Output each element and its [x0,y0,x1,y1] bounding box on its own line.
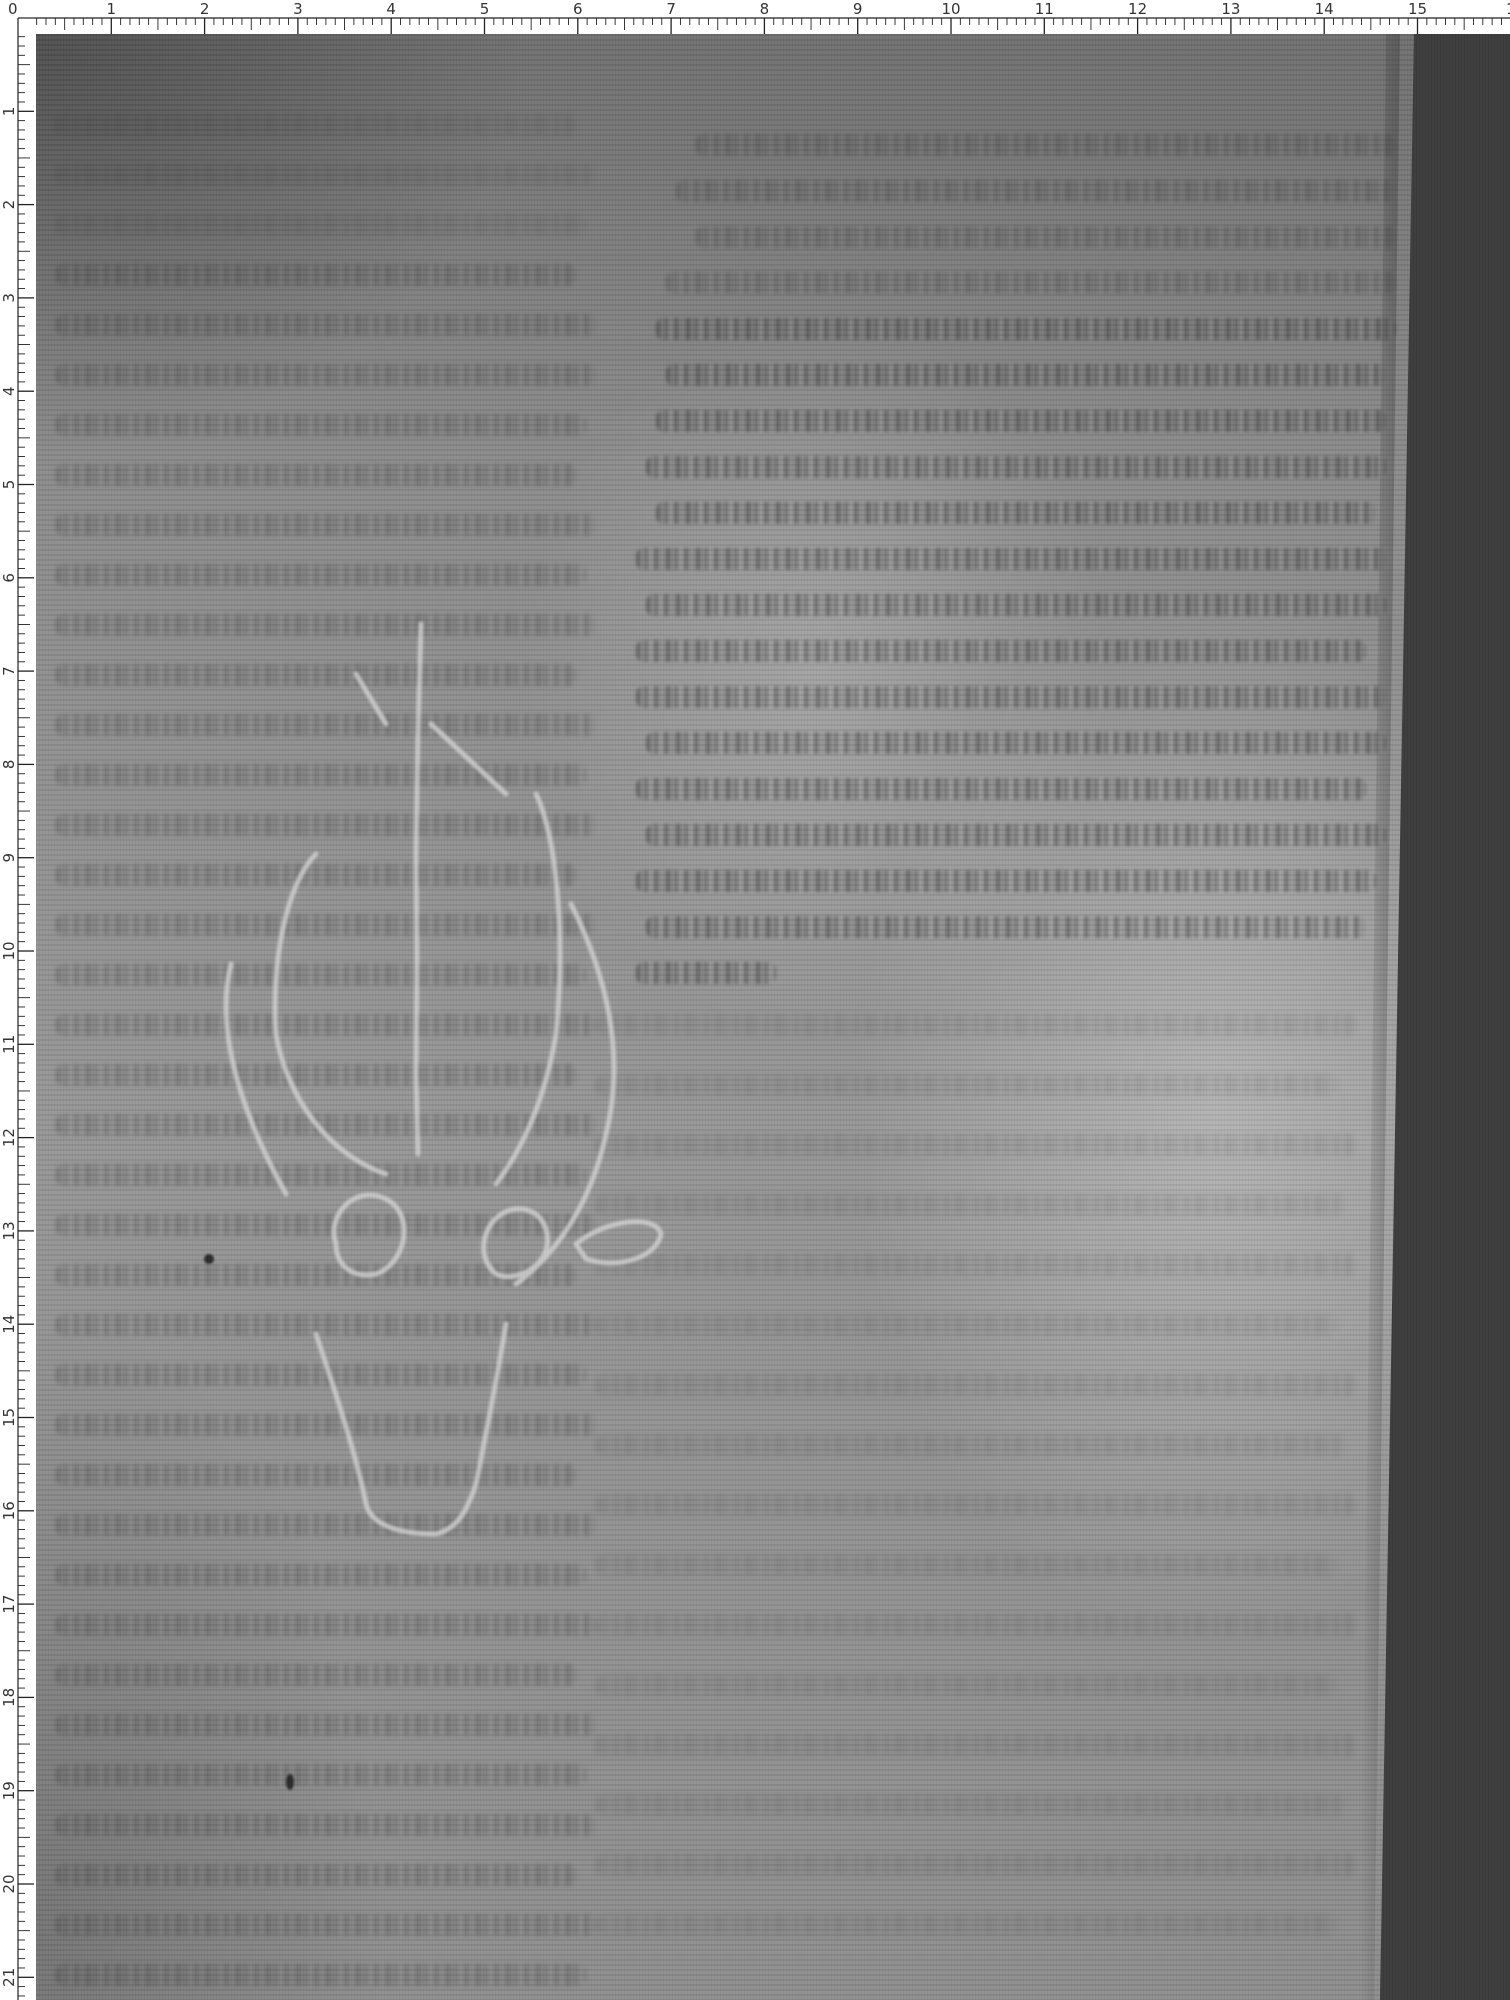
ruler-label: 4 [386,0,396,18]
text-line [636,686,1386,708]
text-line [696,134,1396,156]
text-line [56,1014,596,1036]
horizontal-ruler-ticks: 1234567891011121314151 [0,0,1510,34]
ruler-label: 20 [0,1874,18,1893]
text-line [56,1364,586,1386]
text-line [596,1074,1336,1096]
ruler-label: 9 [0,853,18,863]
text-line [646,732,1386,754]
text-line [666,272,1396,294]
text-line [646,594,1386,616]
ruler-label: 21 [0,1968,18,1987]
text-line [56,1414,596,1436]
text-line [596,1794,1346,1816]
text-line [56,214,586,236]
ruler-corner-lines: 0 [0,0,34,34]
text-line [596,1674,1336,1696]
ruler-label: 19 [0,1781,18,1800]
ruler-label: 11 [1035,0,1054,18]
ruler-origin-label: 0 [8,0,18,18]
text-line [676,180,1396,202]
text-line [56,564,586,586]
text-line [56,1264,576,1286]
ruler-label: 4 [0,386,18,396]
ruler-label: 5 [480,0,490,18]
text-line [596,1554,1336,1576]
text-line [596,1434,1346,1456]
ruler-label: 1 [107,0,117,18]
ruler-label: 10 [0,941,18,960]
text-line [636,640,1366,662]
ruler-label: 6 [0,573,18,583]
ruler-label: 1 [1506,0,1510,18]
text-line [56,1214,596,1236]
text-line [646,824,1386,846]
text-line [646,456,1386,478]
text-line [636,778,1366,800]
ruler-label: 3 [293,0,303,18]
ruler-corner: 0 [0,0,34,34]
ruler-label: 12 [1128,0,1147,18]
text-line [56,264,576,286]
ruler-label: 13 [1221,0,1240,18]
text-line [56,614,596,636]
left-column-text [56,94,616,1994]
lower-right-undertext [596,1014,1396,1994]
text-line [636,962,776,984]
text-line [56,1914,596,1936]
text-line [56,314,596,336]
text-line [596,1734,1356,1756]
ruler-label: 3 [0,293,18,303]
text-line [56,1514,596,1536]
text-line [56,514,596,536]
text-line [56,1764,586,1786]
text-line [56,814,596,836]
text-line [596,1254,1356,1276]
text-line [636,548,1386,570]
text-line [596,1614,1356,1636]
ruler-label: 8 [760,0,770,18]
ruler-label: 5 [0,480,18,490]
ruler-label: 10 [941,0,960,18]
text-line [56,1064,576,1086]
text-line [56,964,586,986]
text-line [56,114,576,136]
ruler-label: 7 [666,0,676,18]
text-line [56,1314,596,1336]
ruler-label: 7 [0,666,18,676]
text-line [56,1614,596,1636]
text-line [56,1114,596,1136]
text-line [56,864,576,886]
horizontal-ruler: 1234567891011121314151 [0,0,1510,34]
vertical-ruler-ticks: 123456789101112131415161718192021 [0,0,34,2000]
text-line [56,1664,576,1686]
text-line [596,1374,1356,1396]
ruler-label: 2 [200,0,210,18]
ruler-label: 13 [0,1221,18,1240]
ruler-label: 17 [0,1595,18,1614]
text-line [56,464,576,486]
text-line [56,1964,586,1986]
text-line [56,1164,586,1186]
text-line [56,1714,596,1736]
manuscript-scan [36,34,1510,2000]
text-line [656,502,1376,524]
text-line [636,870,1376,892]
text-line [596,1134,1356,1156]
ink-spot [286,1774,294,1790]
ink-spot [204,1254,214,1264]
vertical-ruler: 123456789101112131415161718192021 [0,0,34,2000]
text-line [596,1914,1336,1936]
text-line [656,318,1396,340]
text-line [56,1814,596,1836]
ruler-label: 8 [0,760,18,770]
ruler-label: 6 [573,0,583,18]
ruler-label: 15 [1408,0,1427,18]
text-line [596,1194,1346,1216]
ruler-label: 11 [0,1035,18,1054]
text-line [596,1854,1356,1876]
ruler-label: 9 [853,0,863,18]
text-line [696,226,1396,248]
text-line [56,1864,576,1886]
text-line [596,1314,1336,1336]
text-line [646,916,1366,938]
text-line [56,364,596,386]
text-line [666,364,1386,386]
ruler-label: 14 [0,1315,18,1334]
ruler-label: 16 [0,1501,18,1520]
text-line [56,164,596,186]
text-line [596,1014,1356,1036]
right-column-text [636,114,1436,1014]
text-line [596,1494,1356,1516]
text-line [56,764,586,786]
text-line [56,414,586,436]
text-line [56,1564,586,1586]
ruler-label: 18 [0,1688,18,1707]
ruler-label: 12 [0,1128,18,1147]
ruler-label: 1 [0,107,18,117]
ruler-label: 14 [1315,0,1334,18]
text-line [56,1464,576,1486]
text-line [656,410,1386,432]
text-line [56,914,596,936]
text-line [56,714,596,736]
ruler-label: 15 [0,1408,18,1427]
ruler-label: 2 [0,200,18,210]
text-line [56,664,576,686]
